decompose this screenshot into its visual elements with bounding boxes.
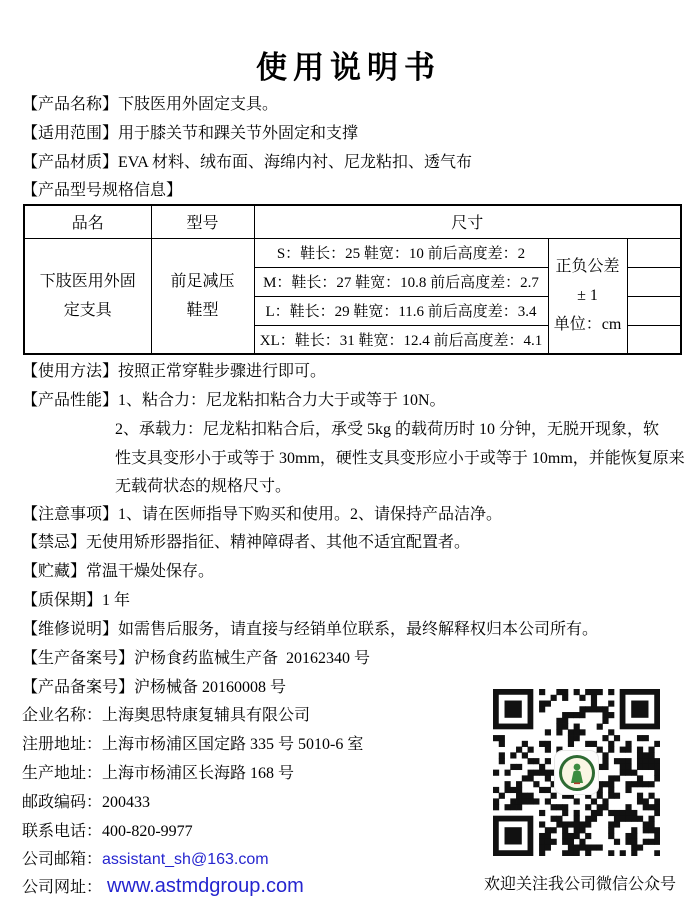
line-usage: 【使用方法】按照正常穿鞋步骤进行即可。	[22, 362, 326, 382]
line-contraindication: 【禁忌】无使用矫形器指征、精神障碍者、其他不适宜配置者。	[22, 533, 470, 553]
contact-reg-address: 注册地址：上海市杨浦区国定路 335 号 5010-6 室	[22, 734, 363, 755]
contact-reg-address-label: 注册地址：	[22, 736, 102, 753]
contact-phone-value: 400-820-9977	[102, 823, 193, 840]
cell-size-m: M：鞋长：27 鞋宽：10.8 前后高度差：2.7	[254, 267, 548, 296]
contact-company-value: 上海奥思特康复辅具有限公司	[102, 707, 310, 724]
spec-table: 品名 型号 尺寸 下肢医用外固 定支具 前足减压 鞋型 S：鞋长：25 鞋宽：1…	[23, 204, 682, 355]
cell-tolerance: 正负公差 ± 1 单位：cm	[548, 238, 627, 354]
instruction-manual-page: 使用说明书 【产品名称】下肢医用外固定支具。 【适用范围】用于膝关节和踝关节外固…	[0, 0, 697, 917]
email-link[interactable]: assistant_sh@163.com	[102, 851, 269, 868]
cell-size-l: L：鞋长：29 鞋宽：11.6 前后高度差：3.4	[254, 296, 548, 325]
line-product-record: 【产品备案号】沪杨械备 20160008 号	[22, 678, 286, 698]
wechat-qr-code	[493, 689, 660, 856]
cell-empty	[627, 296, 681, 325]
contact-website-label: 公司网址：	[22, 879, 102, 896]
qr-logo-figure-icon	[566, 761, 588, 785]
website-link[interactable]: www.astmdgroup.com	[102, 875, 304, 897]
contact-postcode-value: 200433	[102, 794, 150, 811]
cell-product-name: 下肢医用外固 定支具	[24, 238, 151, 354]
line-performance-2: 2、承载力：尼龙粘扣粘合后，承受 5kg 的载荷历时 10 分钟，无脱开现象，软	[115, 420, 659, 440]
contact-email: 公司邮箱：assistant_sh@163.com	[22, 849, 269, 870]
line-notice: 【注意事项】1、请在医师指导下购买和使用。2、请保持产品洁净。	[22, 505, 502, 525]
line-material: 【产品材质】EVA 材料、绒布面、海绵内衬、尼龙粘扣、透气布	[22, 153, 472, 173]
line-storage: 【贮藏】常温干燥处保存。	[22, 562, 214, 582]
line-service: 【维修说明】如需售后服务，请直接与经销单位联系，最终解释权归本公司所有。	[22, 620, 598, 640]
qr-logo-emblem	[559, 755, 595, 791]
contact-prod-address-label: 生产地址：	[22, 765, 102, 782]
cell-empty	[627, 267, 681, 296]
col-header-name: 品名	[24, 205, 151, 238]
line-performance-4: 无载荷状态的规格尺寸。	[115, 477, 291, 497]
line-scope: 【适用范围】用于膝关节和踝关节外固定和支撑	[22, 124, 358, 144]
contact-postcode: 邮政编码：200433	[22, 792, 150, 813]
contact-email-label: 公司邮箱：	[22, 851, 102, 868]
page-title: 使用说明书	[0, 42, 697, 87]
cell-empty	[627, 325, 681, 354]
contact-prod-address: 生产地址：上海市杨浦区长海路 168 号	[22, 763, 294, 784]
cell-empty	[627, 238, 681, 267]
contact-reg-address-value: 上海市杨浦区国定路 335 号 5010-6 室	[102, 736, 363, 753]
line-performance-3: 性支具变形小于或等于 30mm，硬性支具变形应小于或等于 10mm，并能恢复原来	[115, 449, 685, 469]
line-production-record: 【生产备案号】沪杨食药监械生产备 20162340 号	[22, 649, 370, 669]
contact-company-label: 企业名称：	[22, 707, 102, 724]
contact-phone-label: 联系电话：	[22, 823, 102, 840]
contact-phone: 联系电话：400-820-9977	[22, 821, 193, 842]
contact-website: 公司网址：www.astmdgroup.com	[22, 876, 304, 898]
qr-center-logo	[554, 750, 599, 795]
contact-postcode-label: 邮政编码：	[22, 794, 102, 811]
contact-company: 企业名称：上海奥思特康复辅具有限公司	[22, 705, 310, 726]
col-header-size: 尺寸	[254, 205, 681, 238]
qr-caption: 欢迎关注我公司微信公众号	[480, 871, 680, 894]
cell-model: 前足减压 鞋型	[151, 238, 254, 354]
contact-prod-address-value: 上海市杨浦区长海路 168 号	[102, 765, 294, 782]
line-spec-header: 【产品型号规格信息】	[22, 181, 182, 201]
col-header-model: 型号	[151, 205, 254, 238]
line-product-name: 【产品名称】下肢医用外固定支具。	[22, 95, 278, 115]
cell-size-s: S：鞋长：25 鞋宽：10 前后高度差：2	[254, 238, 548, 267]
cell-size-xl: XL：鞋长：31 鞋宽：12.4 前后高度差：4.1	[254, 325, 548, 354]
line-warranty: 【质保期】1 年	[22, 591, 130, 611]
line-performance-1: 【产品性能】1、粘合力：尼龙粘扣粘合力大于或等于 10N。	[22, 391, 446, 411]
